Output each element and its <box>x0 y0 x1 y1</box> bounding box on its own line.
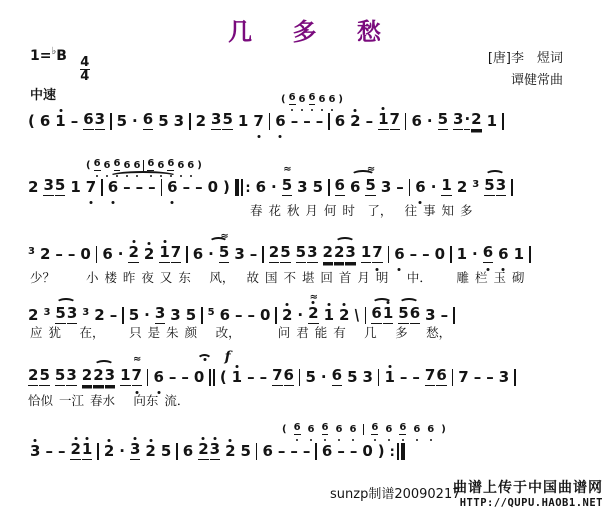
music-symbol: – <box>235 308 243 324</box>
note: 2 <box>225 444 235 460</box>
repeat-dots: : <box>245 181 250 196</box>
barline <box>328 113 330 130</box>
note: 6 <box>83 112 93 130</box>
note: 3 <box>43 178 53 196</box>
music-symbol: · <box>208 247 214 263</box>
note: 7 <box>86 180 96 196</box>
note: 5 <box>280 245 290 263</box>
beam-group: 3·2 <box>453 112 482 130</box>
music-symbol: – <box>400 370 408 386</box>
note: 6 <box>299 95 306 105</box>
note: 2 <box>82 368 92 386</box>
note: 3 <box>363 370 373 386</box>
note: 3 <box>453 112 463 130</box>
note: 6 <box>410 306 420 324</box>
barline <box>452 369 454 386</box>
note: 6 <box>289 93 296 105</box>
note: 3 <box>211 112 221 130</box>
trill-icon: ≈ <box>367 165 374 176</box>
beam-group: 17 <box>378 112 400 130</box>
slur-group: 23 <box>93 368 115 386</box>
lyricist: [唐]李 煜词 <box>488 48 563 70</box>
transcriber-credit: sunzp制谱20090217 <box>330 483 461 502</box>
grace-note: 3 <box>82 308 89 319</box>
note: 7 <box>390 112 400 130</box>
note: 6 <box>262 444 272 460</box>
note: 6 <box>385 425 392 435</box>
barline <box>269 113 271 130</box>
barline <box>328 179 330 196</box>
barline <box>96 246 98 263</box>
barline <box>176 443 178 460</box>
music-symbol: – <box>68 247 76 263</box>
music-symbol: – <box>303 114 311 130</box>
key-signature: 1=♭B 4 4 <box>30 46 90 82</box>
beam-group: 21 <box>70 442 92 460</box>
time-bottom: 4 <box>80 71 89 82</box>
notation-system: 32––06·22176·5≈3–2553223176––01·661少？ 小 … <box>28 243 605 263</box>
note: 2 <box>128 245 138 263</box>
barline <box>189 113 191 130</box>
slur-group: 23 <box>334 245 356 263</box>
beam-group: 23 <box>198 442 220 460</box>
music-symbol: – <box>412 370 420 386</box>
note: 3 <box>170 308 180 324</box>
notation-line: 3––212·325623256–––6––0): <box>30 440 605 460</box>
barline <box>256 443 258 460</box>
note: 6 <box>335 114 345 130</box>
note: 6 <box>371 423 378 435</box>
note: 6 <box>187 161 194 171</box>
site-watermark: 曲谱上传于中国曲谱网 HTTP://QUPU.HAOB1.NET <box>453 477 603 509</box>
note: 6 <box>157 161 164 171</box>
note: 1 <box>378 112 388 130</box>
note: 6 <box>332 368 342 386</box>
note: 6 <box>427 425 434 435</box>
barline <box>186 246 188 263</box>
note: 6 <box>498 247 508 263</box>
note: 6 <box>104 161 111 171</box>
note: 2 <box>28 180 38 196</box>
note: 6 <box>328 95 335 105</box>
music-symbol: ) <box>378 444 385 460</box>
note: 0 <box>208 180 218 196</box>
grace-notes-row: (6666666666) <box>282 422 446 435</box>
music-symbol: – <box>316 114 324 130</box>
note: 6 <box>133 161 140 171</box>
music-symbol: · <box>144 308 150 324</box>
beam-group: 17 <box>159 245 181 263</box>
note: 5 <box>438 112 448 130</box>
note: 6 <box>193 247 203 263</box>
music-symbol: – <box>366 114 374 130</box>
note: 2 <box>145 444 155 460</box>
note: 6 <box>102 247 112 263</box>
note: 5≈ <box>365 178 375 196</box>
music-symbol: – <box>291 114 299 130</box>
note: 5 <box>305 370 315 386</box>
notation-line: (61–635·653235176–––62–176·53·21 <box>28 110 605 130</box>
barline <box>315 443 317 460</box>
note: 2 <box>94 308 104 324</box>
note: 3 <box>174 114 184 130</box>
note: 5 <box>55 178 65 196</box>
note: 5≈ <box>282 178 292 196</box>
music-symbol: – <box>486 370 494 386</box>
note: 0 <box>362 444 372 460</box>
music-symbol: ) <box>197 161 202 171</box>
music-symbol: – <box>183 180 191 196</box>
lyrics-line: 春 花 秋 月 何 时 了， 往 事 知 多 <box>250 201 473 219</box>
sheet-music-page: 几 多 愁 1=♭B 4 4 [唐]李 煜词 谭健常曲 中速 (66666)(6… <box>0 0 609 512</box>
notation-line: 255322317≈6––0(f1––765·6531––767––3 <box>28 366 605 386</box>
note: 5 <box>55 368 65 386</box>
slur-group: 65≈ <box>350 178 376 196</box>
note: 6 <box>350 180 360 196</box>
repeat-end-barline: : <box>390 443 406 460</box>
barline <box>514 369 516 386</box>
music-symbol: · <box>271 180 277 196</box>
note: 7 <box>458 370 468 386</box>
music-symbol: ( <box>282 425 287 435</box>
note: 2 <box>457 180 467 196</box>
note: 2 <box>334 245 344 263</box>
note: 5 <box>398 306 408 324</box>
note: 7 <box>171 245 181 263</box>
key-prefix: 1= <box>30 48 51 64</box>
music-symbol: · <box>472 247 478 263</box>
music-symbol: ( <box>281 95 286 105</box>
lyrics-line: 少？ 小 楼 昨 夜 又 东 风， 故 国 不 堪 回 首 月 明 中． 雕 栏… <box>30 268 524 286</box>
note: 2 <box>28 308 38 324</box>
note: 2 <box>269 245 279 263</box>
music-symbol: ) <box>441 425 446 435</box>
note: 6 <box>309 93 316 105</box>
barline <box>529 246 531 263</box>
note: 5 <box>186 308 196 324</box>
music-symbol: – <box>169 370 177 386</box>
notation-line: 235176–––6––0):6·5≈35665≈3–6·12353 <box>28 176 605 196</box>
beam-group: 63 <box>83 112 105 130</box>
note: 6 <box>394 247 404 263</box>
beam-group: 35 <box>43 178 65 196</box>
site-url: HTTP://QUPU.HAOB1.NET <box>453 497 603 509</box>
note: 3 <box>496 178 506 196</box>
music-symbol: – <box>303 444 311 460</box>
note: 2 <box>40 247 50 263</box>
note: 6 <box>147 159 154 171</box>
barline <box>275 307 277 324</box>
barline <box>378 369 380 386</box>
notation-system: (6666666666)3––212·325623256–––6––0): <box>30 440 605 460</box>
music-symbol: – <box>195 180 203 196</box>
site-name: 曲谱上传于中国曲谱网 <box>453 477 603 497</box>
repeat-start-barline: : <box>235 179 251 196</box>
note: 5 <box>117 114 127 130</box>
note: 6 <box>183 444 193 460</box>
music-symbol: – <box>181 370 189 386</box>
music-symbol: · <box>119 444 125 460</box>
music-symbol: · <box>118 247 124 263</box>
music-symbol: – <box>148 180 156 196</box>
note: 6 <box>167 159 174 171</box>
music-symbol: – <box>396 180 404 196</box>
note: 3 <box>67 306 77 324</box>
note: 1 <box>70 180 80 196</box>
music-symbol: – <box>350 444 358 460</box>
note: 7 <box>425 368 435 386</box>
tempo-marking: 中速 <box>30 84 56 103</box>
music-symbol: – <box>247 370 255 386</box>
music-symbol: · <box>431 180 437 196</box>
note: 6 <box>371 306 381 324</box>
note: 2 <box>350 114 360 130</box>
music-symbol: – <box>441 308 449 324</box>
barline <box>110 113 112 130</box>
note: 2≈ <box>308 306 318 324</box>
note: 6 <box>123 161 130 171</box>
forte-marking: f <box>225 350 231 365</box>
note: 6 <box>108 180 118 196</box>
note: 1 <box>82 442 92 460</box>
beam-group: 25 <box>269 245 291 263</box>
music-symbol: – <box>290 444 298 460</box>
barline <box>97 443 99 460</box>
music-symbol: – <box>278 444 286 460</box>
note: 6 <box>143 112 153 130</box>
grace-note: 5 <box>208 308 215 319</box>
slur-group: 53 <box>55 306 77 324</box>
notation-line: 32––06·22176·5≈3–2553223176––01·661 <box>28 243 605 263</box>
note: 3 <box>155 306 165 324</box>
trill-icon: ≈ <box>220 232 227 243</box>
slur-group: 56 <box>398 306 420 324</box>
note: 0 <box>80 247 90 263</box>
music-symbol: – <box>123 180 131 196</box>
note: 1 <box>514 247 524 263</box>
note: 6 <box>94 159 101 171</box>
repeat-dots: : <box>390 445 395 460</box>
note: 1 <box>384 370 394 386</box>
double-barline <box>209 369 215 386</box>
page-title: 几 多 愁 <box>0 12 609 47</box>
note: 1 <box>487 114 497 130</box>
note: 3 <box>105 368 115 386</box>
note: 3 <box>30 444 40 460</box>
notation-system: 255322317≈6––0(f1––765·6531––767––3恰似 一江… <box>28 366 605 386</box>
note: 3 <box>381 180 391 196</box>
note: 6 <box>308 425 315 435</box>
beam-group: 53 <box>296 245 318 263</box>
beam-group: 76 <box>272 368 294 386</box>
note: 6 <box>40 114 50 130</box>
music-symbol: – <box>71 114 79 130</box>
note: 2 <box>323 245 333 263</box>
note: 6 <box>413 425 420 435</box>
music-symbol: – <box>110 308 118 324</box>
note: 1 <box>159 245 169 263</box>
note: 5≈ <box>219 245 229 263</box>
music-symbol: ) <box>338 95 343 105</box>
note: 6 <box>335 178 345 196</box>
note: 3 <box>210 442 220 460</box>
beam-group: 35 <box>211 112 233 130</box>
beam-group: 17 <box>361 245 383 263</box>
grace-note: 3 <box>43 308 50 319</box>
music-symbol: – <box>474 370 482 386</box>
note: 7 <box>372 245 382 263</box>
note: 2 <box>282 308 292 324</box>
barline <box>388 246 390 263</box>
music-symbol: – <box>260 370 268 386</box>
note: 6 <box>220 308 230 324</box>
note: 2 <box>144 247 154 263</box>
barline <box>147 369 149 386</box>
note: 1 <box>457 247 467 263</box>
note: 3 <box>66 368 76 386</box>
note: 2 <box>28 368 38 386</box>
barline <box>450 246 452 263</box>
trill-icon: ≈ <box>133 355 140 366</box>
trill-icon: ≈ <box>310 293 317 304</box>
note: 0 <box>260 308 270 324</box>
note: 6 <box>322 423 329 435</box>
note: 6 <box>483 245 493 263</box>
music-symbol: – <box>337 444 345 460</box>
note: 6 <box>256 180 266 196</box>
lyrics-line: 应 犹 在， 只 是 朱 颜 改， 问 君 能 有 几 多 愁， <box>30 323 451 341</box>
music-symbol: · <box>464 112 470 130</box>
music-symbol: · <box>427 114 433 130</box>
notation-system: 235332–5·33556––02·2≈12\61563–应 犹 在， 只 是… <box>28 304 605 324</box>
note: 1 <box>232 370 242 386</box>
grace-note: 3 <box>28 247 35 258</box>
note: 7 <box>253 114 263 130</box>
barline <box>143 160 144 171</box>
note: 3 <box>345 245 355 263</box>
barline <box>201 307 203 324</box>
note: 1 <box>238 114 248 130</box>
grace-notes-row: (66666) <box>281 92 343 105</box>
note: 2 <box>198 442 208 460</box>
barline <box>405 113 407 130</box>
note: 5 <box>222 112 232 130</box>
barline <box>161 179 163 196</box>
note: 6 <box>294 423 301 435</box>
beam-group: 25 <box>28 368 50 386</box>
note: 5 <box>484 178 494 196</box>
note: 5 <box>313 180 323 196</box>
barline <box>502 113 504 130</box>
music-symbol: · <box>321 370 327 386</box>
notation-system: (66666)(61–635·653235176–––62–176·53·21 <box>28 110 605 130</box>
note: 3 <box>130 442 140 460</box>
music-symbol: ) <box>223 180 230 196</box>
note: 5 <box>347 370 357 386</box>
note: 5 <box>161 444 171 460</box>
note: 6 <box>411 114 421 130</box>
barline <box>101 179 103 196</box>
music-symbol: – <box>45 444 53 460</box>
barline <box>299 369 301 386</box>
music-symbol: – <box>410 247 418 263</box>
notation-system: (6666666666)235176–––6––0):6·5≈35665≈3–6… <box>28 176 605 196</box>
note: 3 <box>234 247 244 263</box>
note: 1 <box>55 114 65 130</box>
beam-group: 76 <box>425 368 447 386</box>
note: 2 <box>93 368 103 386</box>
slur-group: 6–––6 <box>108 179 178 196</box>
beam-group: 223 <box>82 368 115 386</box>
music-symbol: – <box>58 444 66 460</box>
note: 6 <box>177 161 184 171</box>
note: 3 <box>499 370 509 386</box>
note: 3 <box>307 245 317 263</box>
music-symbol: (f <box>220 370 227 386</box>
music-symbol: ( <box>28 114 35 130</box>
slur-group: 53 <box>484 178 506 196</box>
music-symbol: · <box>297 308 303 324</box>
note: 3 <box>95 112 105 130</box>
note: 6 <box>167 180 177 196</box>
note: 6 <box>399 423 406 435</box>
note: 2 <box>70 442 80 460</box>
music-symbol: – <box>136 180 144 196</box>
note: 6 <box>114 159 121 171</box>
note: 2 <box>104 444 114 460</box>
barline <box>363 424 364 435</box>
note: 6 <box>322 444 332 460</box>
slur-group: 61 <box>371 306 393 324</box>
note: 6 <box>284 368 294 386</box>
barline <box>365 307 367 324</box>
note: 1 <box>361 245 371 263</box>
note: 7 <box>272 368 282 386</box>
note: 5 <box>55 306 65 324</box>
barline <box>409 179 411 196</box>
note: 3 <box>297 180 307 196</box>
note: 1 <box>120 368 130 386</box>
note: 5 <box>158 114 168 130</box>
note: 1 <box>383 306 393 324</box>
music-symbol: – <box>422 247 430 263</box>
time-top: 4 <box>80 57 89 68</box>
note: 2 <box>471 112 481 130</box>
note: 1 <box>324 308 334 324</box>
barline <box>122 307 124 324</box>
music-symbol: · <box>132 114 138 130</box>
notation-line: 235332–5·33556––02·2≈12\61563– <box>28 304 605 324</box>
note: 2 <box>196 114 206 130</box>
grace-note: 3 <box>472 180 479 191</box>
note: 0 <box>435 247 445 263</box>
barline <box>511 179 513 196</box>
note: 6 <box>318 95 325 105</box>
credits: [唐]李 煜词 谭健常曲 <box>488 48 563 92</box>
lyrics-line: 恰似 一江 春水 向东 流． <box>28 391 189 409</box>
music-symbol: \ <box>354 308 361 324</box>
music-symbol: – <box>248 308 256 324</box>
note: 6 <box>415 180 425 196</box>
barline <box>453 307 455 324</box>
note: 3 <box>425 308 435 324</box>
beam-group: 223 <box>323 245 356 263</box>
note: 6 <box>153 370 163 386</box>
note: 5 <box>129 308 139 324</box>
beam-group: 17≈ <box>120 368 142 386</box>
fermata-icon <box>197 354 212 363</box>
note: 6 <box>349 425 356 435</box>
